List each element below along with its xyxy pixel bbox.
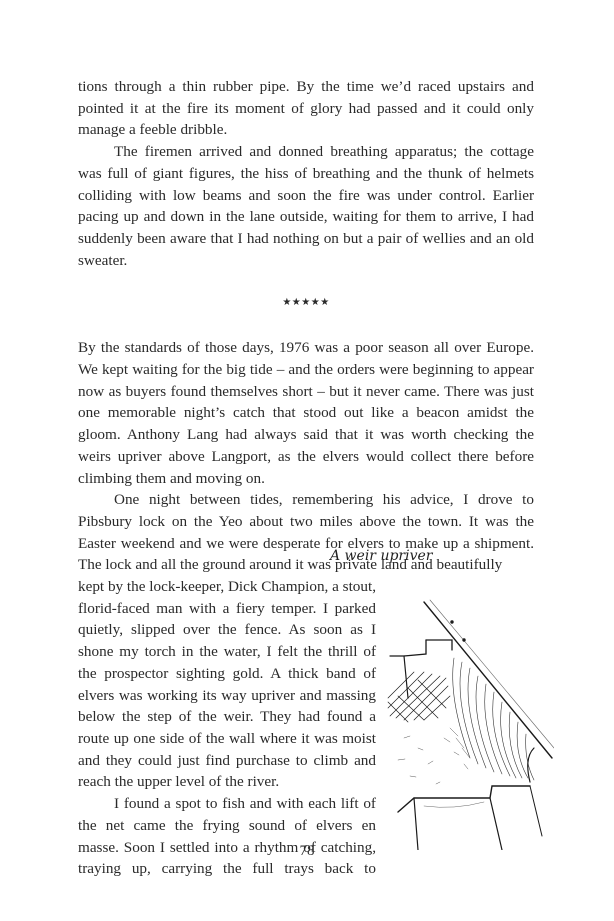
- figure-caption: A weir upriver: [330, 548, 432, 564]
- page-number: 78: [0, 843, 614, 860]
- paragraph: I found a spot to fish and with each lif…: [78, 793, 376, 880]
- wrapped-text-column: kept by the lock-keeper, Dick Champion, …: [78, 576, 376, 880]
- paragraph: One night between tides, remembering his…: [78, 489, 534, 576]
- section-break: ★★★★★: [78, 292, 534, 313]
- weir-illustration: [384, 588, 554, 850]
- paragraph: kept by the lock-keeper, Dick Champion, …: [78, 576, 376, 793]
- paragraph: By the standards of those days, 1976 was…: [78, 337, 534, 489]
- paragraph: tions through a thin rubber pipe. By the…: [78, 76, 534, 141]
- paragraph: The firemen arrived and donned breathing…: [78, 141, 534, 271]
